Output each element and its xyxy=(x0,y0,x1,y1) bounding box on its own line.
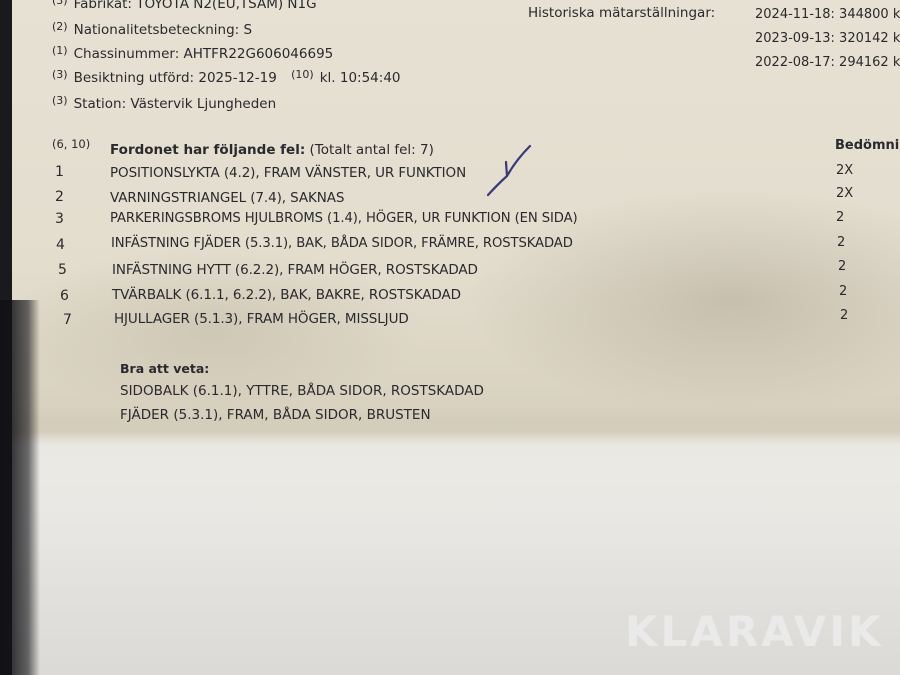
nationality-value: Nationalitetsbeteckning: S xyxy=(74,22,253,38)
defect-grade: 2 xyxy=(839,284,847,299)
defects-title: Fordonet har följande fel: xyxy=(110,142,305,158)
good-to-know-item: FJÄDER (5.3.1), FRAM, BÅDA SIDOR, BRUSTE… xyxy=(120,407,431,423)
defect-description: HJULLAGER (5.1.3), FRAM HÖGER, MISSLJUD xyxy=(114,311,409,327)
defect-description: INFÄSTNING FJÄDER (5.3.1), BAK, BÅDA SID… xyxy=(111,236,573,251)
checkmark-icon xyxy=(478,140,548,205)
nationality-line: (2)Nationalitetsbeteckning: S xyxy=(52,22,252,38)
good-to-know-title: Bra att veta: xyxy=(120,361,209,376)
defect-grade: 2X xyxy=(836,186,853,201)
station-line: (3)Station: Västervik Ljungheden xyxy=(52,96,276,112)
defect-description: VARNINGSTRIANGEL (7.4), SAKNAS xyxy=(110,190,344,206)
defect-grade: 2 xyxy=(838,259,846,274)
grade-header: Bedömning xyxy=(835,138,900,153)
inspection-date: Besiktning utförd: 2025-12-19 xyxy=(74,70,277,86)
defect-description: POSITIONSLYKTA (4.2), FRAM VÄNSTER, UR F… xyxy=(110,165,466,181)
history-reading: 2022-08-17: 294162 km xyxy=(755,55,900,70)
watermark-logo: KLARAVIK xyxy=(625,607,884,656)
defect-grade: 2X xyxy=(836,163,853,178)
defect-grade: 2 xyxy=(840,308,848,323)
defect-description: PARKERINGSBROMS HJULBROMS (1.4), HÖGER, … xyxy=(110,211,578,226)
inspection-line: (3)Besiktning utförd: 2025-12-19 (10)kl.… xyxy=(52,70,401,86)
history-reading: 2023-09-13: 320142 km xyxy=(755,31,900,46)
defect-grade: 2 xyxy=(836,210,844,225)
defect-description: INFÄSTNING HYTT (6.2.2), FRAM HÖGER, ROS… xyxy=(112,262,478,278)
defect-description: TVÄRBALK (6.1.1, 6.2.2), BAK, BAKRE, ROS… xyxy=(112,287,461,303)
inspection-time: kl. 10:54:40 xyxy=(320,70,401,86)
good-to-know-item: SIDOBALK (6.1.1), YTTRE, BÅDA SIDOR, ROS… xyxy=(120,383,484,399)
defect-grade: 2 xyxy=(837,235,845,250)
background-shadow xyxy=(0,300,40,675)
make-value: Fabrikat: TOYOTA N2(EU,TSAM) N1G xyxy=(74,0,317,12)
station-value: Station: Västervik Ljungheden xyxy=(74,96,277,112)
make-line: (3)Fabrikat: TOYOTA N2(EU,TSAM) N1G xyxy=(52,0,317,12)
chassis-value: Chassinummer: AHTFR22G606046695 xyxy=(74,46,334,62)
history-reading: 2024-11-18: 344800 km xyxy=(755,7,900,22)
defects-total: (Totalt antal fel: 7) xyxy=(310,142,434,158)
chassis-line: (1)Chassinummer: AHTFR22G606046695 xyxy=(52,46,333,62)
defects-ref: (6, 10) xyxy=(52,137,90,151)
defects-heading: Fordonet har följande fel: (Totalt antal… xyxy=(110,142,434,158)
history-label: Historiska mätarställningar: xyxy=(528,5,715,21)
